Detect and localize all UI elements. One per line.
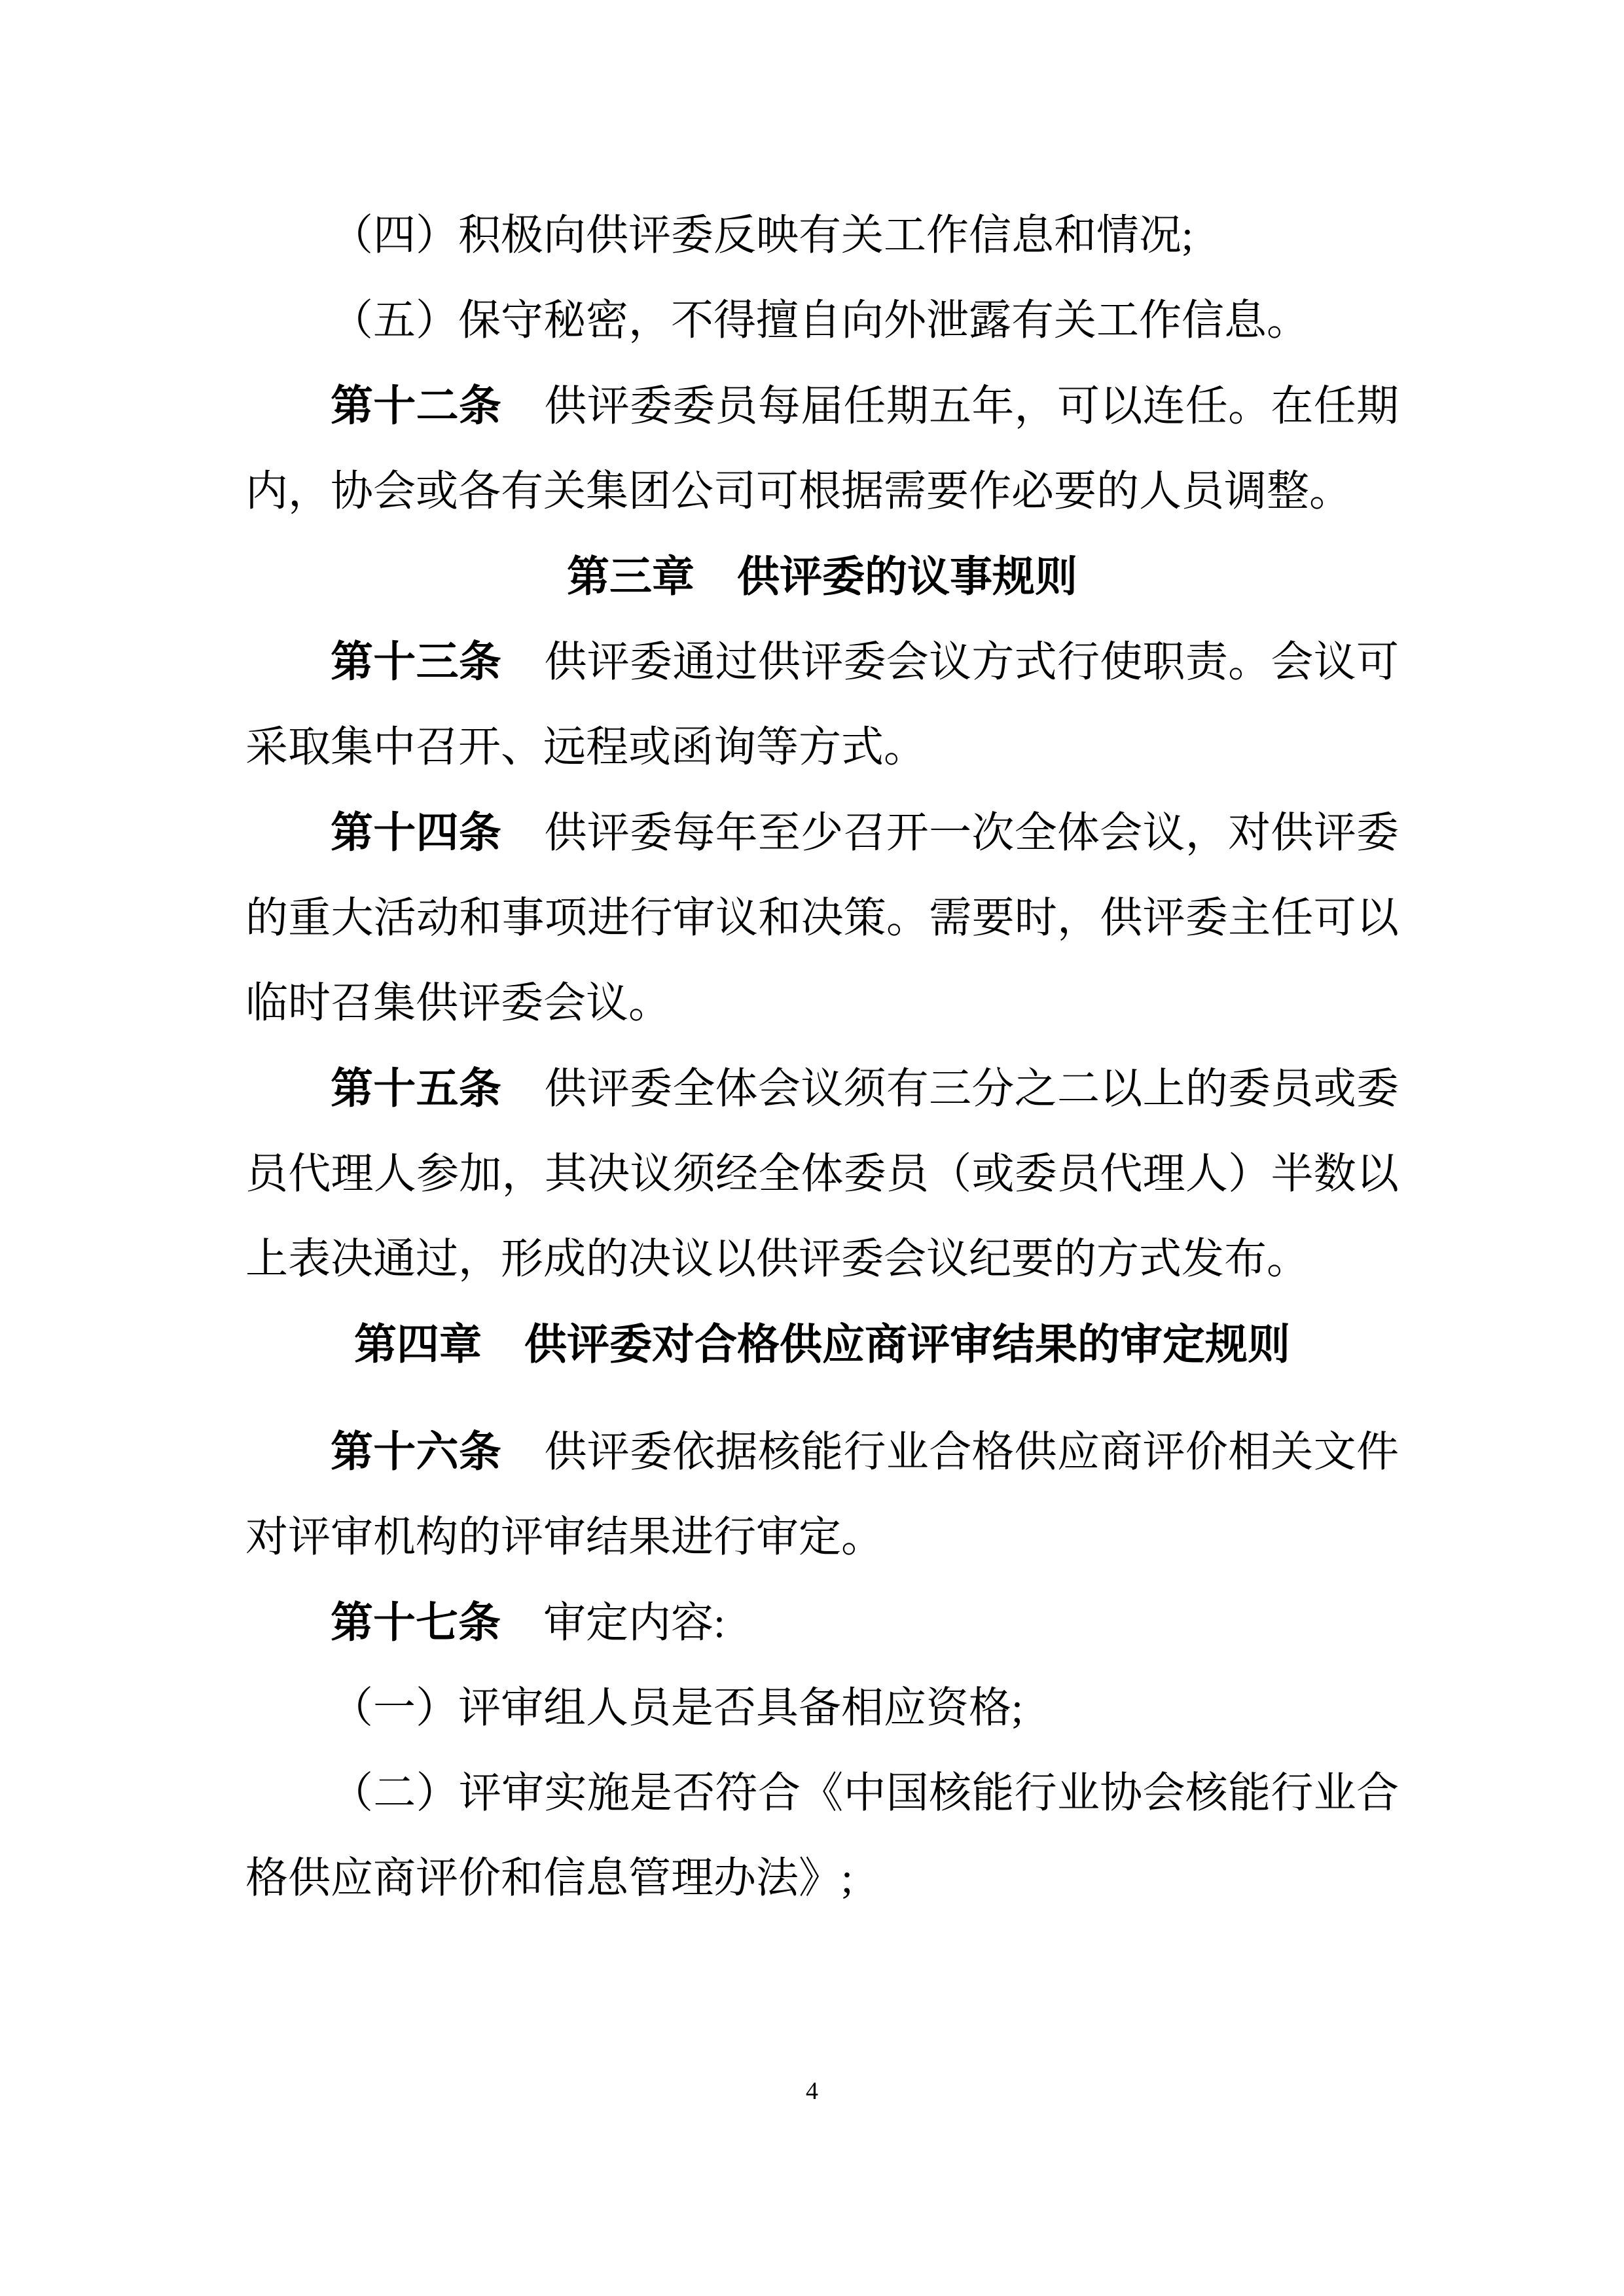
article-17-label: 第十七条 bbox=[331, 1598, 501, 1646]
article-17-text: 审定内容: bbox=[501, 1600, 725, 1647]
chapter-3-heading: 第三章 供评委的议事规则 bbox=[245, 534, 1399, 619]
clause-item-1: （一）评审组人员是否具备相应资格; bbox=[245, 1666, 1399, 1751]
article-17: 第十七条 审定内容: bbox=[245, 1580, 1399, 1666]
clause-item-5: （五）保守秘密，不得擅自向外泄露有关工作信息。 bbox=[245, 278, 1399, 363]
article-16-label: 第十六条 bbox=[331, 1427, 501, 1475]
clause-text: （四）积极向供评委反映有关工作信息和情况; bbox=[331, 212, 1193, 259]
clause-text: （五）保守秘密，不得擅自向外泄露有关工作信息。 bbox=[331, 297, 1309, 344]
article-12-label: 第十二条 bbox=[331, 382, 501, 429]
page-number: 4 bbox=[0, 2072, 1624, 2111]
article-14: 第十四条 供评委每年至少召开一次全体会议，对供评委的重大活动和事项进行审议和决策… bbox=[245, 790, 1399, 1046]
article-16: 第十六条 供评委依据核能行业合格供应商评价相关文件对评审机构的评审结果进行审定。 bbox=[245, 1409, 1399, 1580]
clause-item-2: （二）评审实施是否符合《中国核能行业协会核能行业合格供应商评价和信息管理办法》; bbox=[245, 1751, 1399, 1921]
clause-text: （二）评审实施是否符合《中国核能行业协会核能行业合格供应商评价和信息管理办法》; bbox=[245, 1770, 1399, 1902]
article-12: 第十二条 供评委委员每届任期五年，可以连任。在任期内，协会或各有关集团公司可根据… bbox=[245, 363, 1399, 534]
clause-item-4: （四）积极向供评委反映有关工作信息和情况; bbox=[245, 193, 1399, 278]
article-15-label: 第十五条 bbox=[331, 1064, 501, 1112]
article-15: 第十五条 供评委全体会议须有三分之二以上的委员或委员代理人参加，其决议须经全体委… bbox=[245, 1046, 1399, 1302]
document-body: （四）积极向供评委反映有关工作信息和情况; （五）保守秘密，不得擅自向外泄露有关… bbox=[245, 193, 1399, 1921]
article-13: 第十三条 供评委通过供评委会议方式行使职责。会议可采取集中召开、远程或函询等方式… bbox=[245, 619, 1399, 790]
chapter-4-heading: 第四章 供评委对合格供应商评审结果的审定规则 bbox=[245, 1302, 1399, 1387]
article-13-label: 第十三条 bbox=[331, 637, 501, 685]
article-14-label: 第十四条 bbox=[331, 808, 501, 856]
clause-text: （一）评审组人员是否具备相应资格; bbox=[331, 1685, 1023, 1732]
document-page: （四）积极向供评委反映有关工作信息和情况; （五）保守秘密，不得擅自向外泄露有关… bbox=[0, 0, 1624, 2296]
